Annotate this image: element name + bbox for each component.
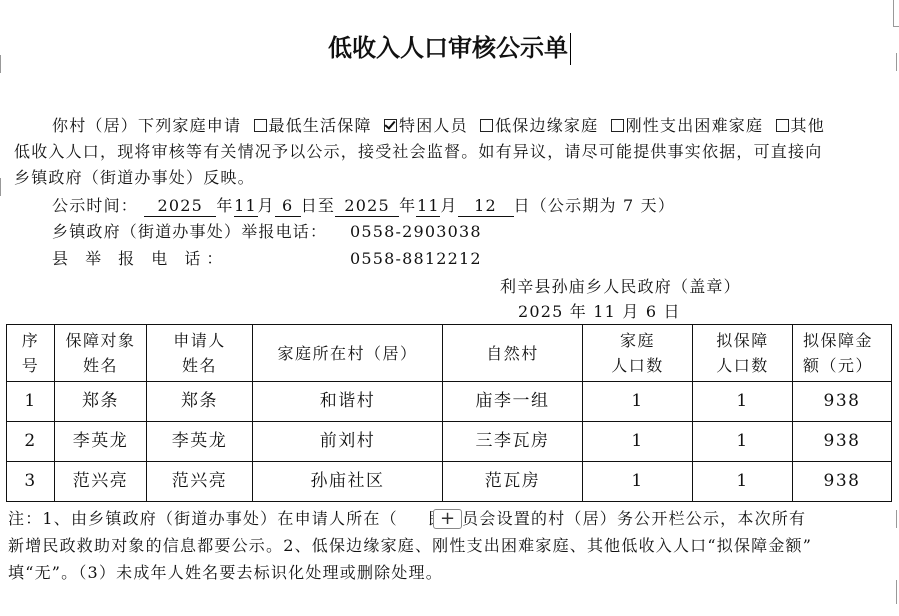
unit-year: 年 — [399, 196, 416, 215]
option-label: 最低生活保障 — [269, 116, 372, 135]
cell-natural-village: 庙李一组 — [443, 382, 583, 422]
intro-lead: 你村（居）下列家庭申请 — [52, 116, 241, 135]
cell-natural-village: 范瓦房 — [443, 462, 583, 502]
cell-covered-people: 1 — [693, 382, 793, 422]
note-line-3: 填“无”。（3）未成年人姓名要去标识化处理或删除处理。 — [8, 559, 443, 586]
cell-beneficiary: 李英龙 — [55, 422, 147, 462]
start-month: 11 — [234, 196, 258, 217]
cell-household-size: 1 — [583, 462, 693, 502]
contact-phone-township: 0558-2903038 — [350, 219, 482, 245]
add-row-button[interactable]: + — [433, 509, 462, 529]
checkbox-low-income-edge[interactable] — [480, 119, 493, 132]
issuer-name: 利辛县孙庙乡人民政府（盖章） — [500, 274, 741, 300]
recipients-table: 序号 保障对象姓名 申请人姓名 家庭所在村（居） 自然村 家庭人口数 拟保障人口… — [6, 324, 892, 502]
cell-beneficiary: 范兴亮 — [55, 462, 147, 502]
start-day: 6 — [275, 196, 301, 217]
cell-village: 和谐村 — [253, 382, 443, 422]
document-title[interactable]: 低收入人口审核公示单 — [0, 28, 899, 65]
table-row: 2 李英龙 李英龙 前刘村 三李瓦房 1 1 938 — [7, 422, 892, 462]
contact-phone-county: 0558-8812212 — [350, 246, 482, 272]
unit-day: 日 — [514, 196, 531, 215]
period-note: （公示期为 7 天） — [531, 196, 675, 215]
page-corner-mark — [893, 0, 899, 27]
cell-applicant: 李英龙 — [147, 422, 253, 462]
end-day: 12 — [458, 196, 514, 217]
checkbox-rigid-expense[interactable] — [611, 119, 624, 132]
header-natural-village: 自然村 — [443, 325, 583, 382]
cell-beneficiary: 郑条 — [55, 382, 147, 422]
contact-township: 乡镇政府（街道办事处）举报电话： — [52, 219, 327, 245]
publicity-period: 公示时间： 2025年11月6日至2025年11月12日（公示期为 7 天） — [52, 193, 675, 219]
to-label: 至 — [318, 196, 335, 215]
contact-label: 乡镇政府（街道办事处）举报电话： — [52, 222, 327, 241]
table-row: 3 范兴亮 范兴亮 孙庙社区 范瓦房 1 1 938 — [7, 462, 892, 502]
intro-line-2: 低收入人口，现将审核等有关情况予以公示，接受社会监督。如有异议，请尽可能提供事实… — [14, 139, 822, 165]
text-cursor — [570, 33, 571, 65]
option-label: 低保边缘家庭 — [495, 116, 598, 135]
cell-index: 3 — [7, 462, 55, 502]
header-household-size: 家庭人口数 — [583, 325, 693, 382]
header-index: 序号 — [7, 325, 55, 382]
option-label: 特困人员 — [399, 116, 468, 135]
intro-line-3: 乡镇政府（街道办事处）反映。 — [14, 165, 255, 191]
start-year: 2025 — [144, 196, 216, 217]
period-label: 公示时间： — [52, 196, 138, 215]
checkbox-minimum-living[interactable] — [254, 119, 267, 132]
note-line-1: 注：1、由乡镇政府（街道办事处）在申请人所在（民委员会设置的村（居）务公开栏公示… — [8, 505, 806, 532]
header-applicant-name: 申请人姓名 — [147, 325, 253, 382]
table-row: 1 郑条 郑条 和谐村 庙李一组 1 1 938 — [7, 382, 892, 422]
cell-applicant: 范兴亮 — [147, 462, 253, 502]
cell-amount: 938 — [793, 382, 892, 422]
table-header-row: 序号 保障对象姓名 申请人姓名 家庭所在村（居） 自然村 家庭人口数 拟保障人口… — [7, 325, 892, 382]
header-beneficiary-name: 保障对象姓名 — [55, 325, 147, 382]
cell-covered-people: 1 — [693, 422, 793, 462]
header-village: 家庭所在村（居） — [253, 325, 443, 382]
document-title-text: 低收入人口审核公示单 — [328, 34, 568, 62]
cell-village: 孙庙社区 — [253, 462, 443, 502]
unit-day: 日 — [301, 196, 318, 215]
cell-household-size: 1 — [583, 382, 693, 422]
header-covered-people: 拟保障人口数 — [693, 325, 793, 382]
cell-household-size: 1 — [583, 422, 693, 462]
checkbox-extreme-poverty[interactable] — [384, 119, 397, 132]
cell-index: 2 — [7, 422, 55, 462]
cell-amount: 938 — [793, 462, 892, 502]
cell-index: 1 — [7, 382, 55, 422]
cell-applicant: 郑条 — [147, 382, 253, 422]
note-line-2: 新增民政救助对象的信息都要公示。2、低保边缘家庭、刚性支出困难家庭、其他低收入人… — [8, 532, 812, 559]
cell-village: 前刘村 — [253, 422, 443, 462]
cell-natural-village: 三李瓦房 — [443, 422, 583, 462]
page-corner-mark — [0, 178, 3, 196]
unit-year: 年 — [216, 196, 233, 215]
checkbox-other[interactable] — [776, 119, 789, 132]
plus-icon: + — [440, 508, 455, 529]
cell-amount: 938 — [793, 422, 892, 462]
option-label: 刚性支出困难家庭 — [626, 116, 764, 135]
end-month: 11 — [416, 196, 440, 217]
intro-line-1: 你村（居）下列家庭申请 最低生活保障 特困人员 低保边缘家庭 刚性支出困难家庭 … — [52, 113, 825, 139]
unit-month: 月 — [258, 196, 275, 215]
note-line-1-before: 注：1、由乡镇政府（街道办事处）在申请人所在（ — [8, 509, 398, 528]
unit-month: 月 — [440, 196, 457, 215]
cell-covered-people: 1 — [693, 462, 793, 502]
contact-label-county: 县 举 报 电 话： — [52, 246, 228, 272]
issuer-date: 2025 年 11 月 6 日 — [518, 299, 681, 325]
note-line-1-after: 民委员会设置的村（居）务公开栏公示，本次所有 — [428, 509, 806, 528]
end-year: 2025 — [335, 196, 399, 217]
header-amount: 拟保障金额（元） — [793, 325, 892, 382]
option-label: 其他 — [791, 116, 825, 135]
